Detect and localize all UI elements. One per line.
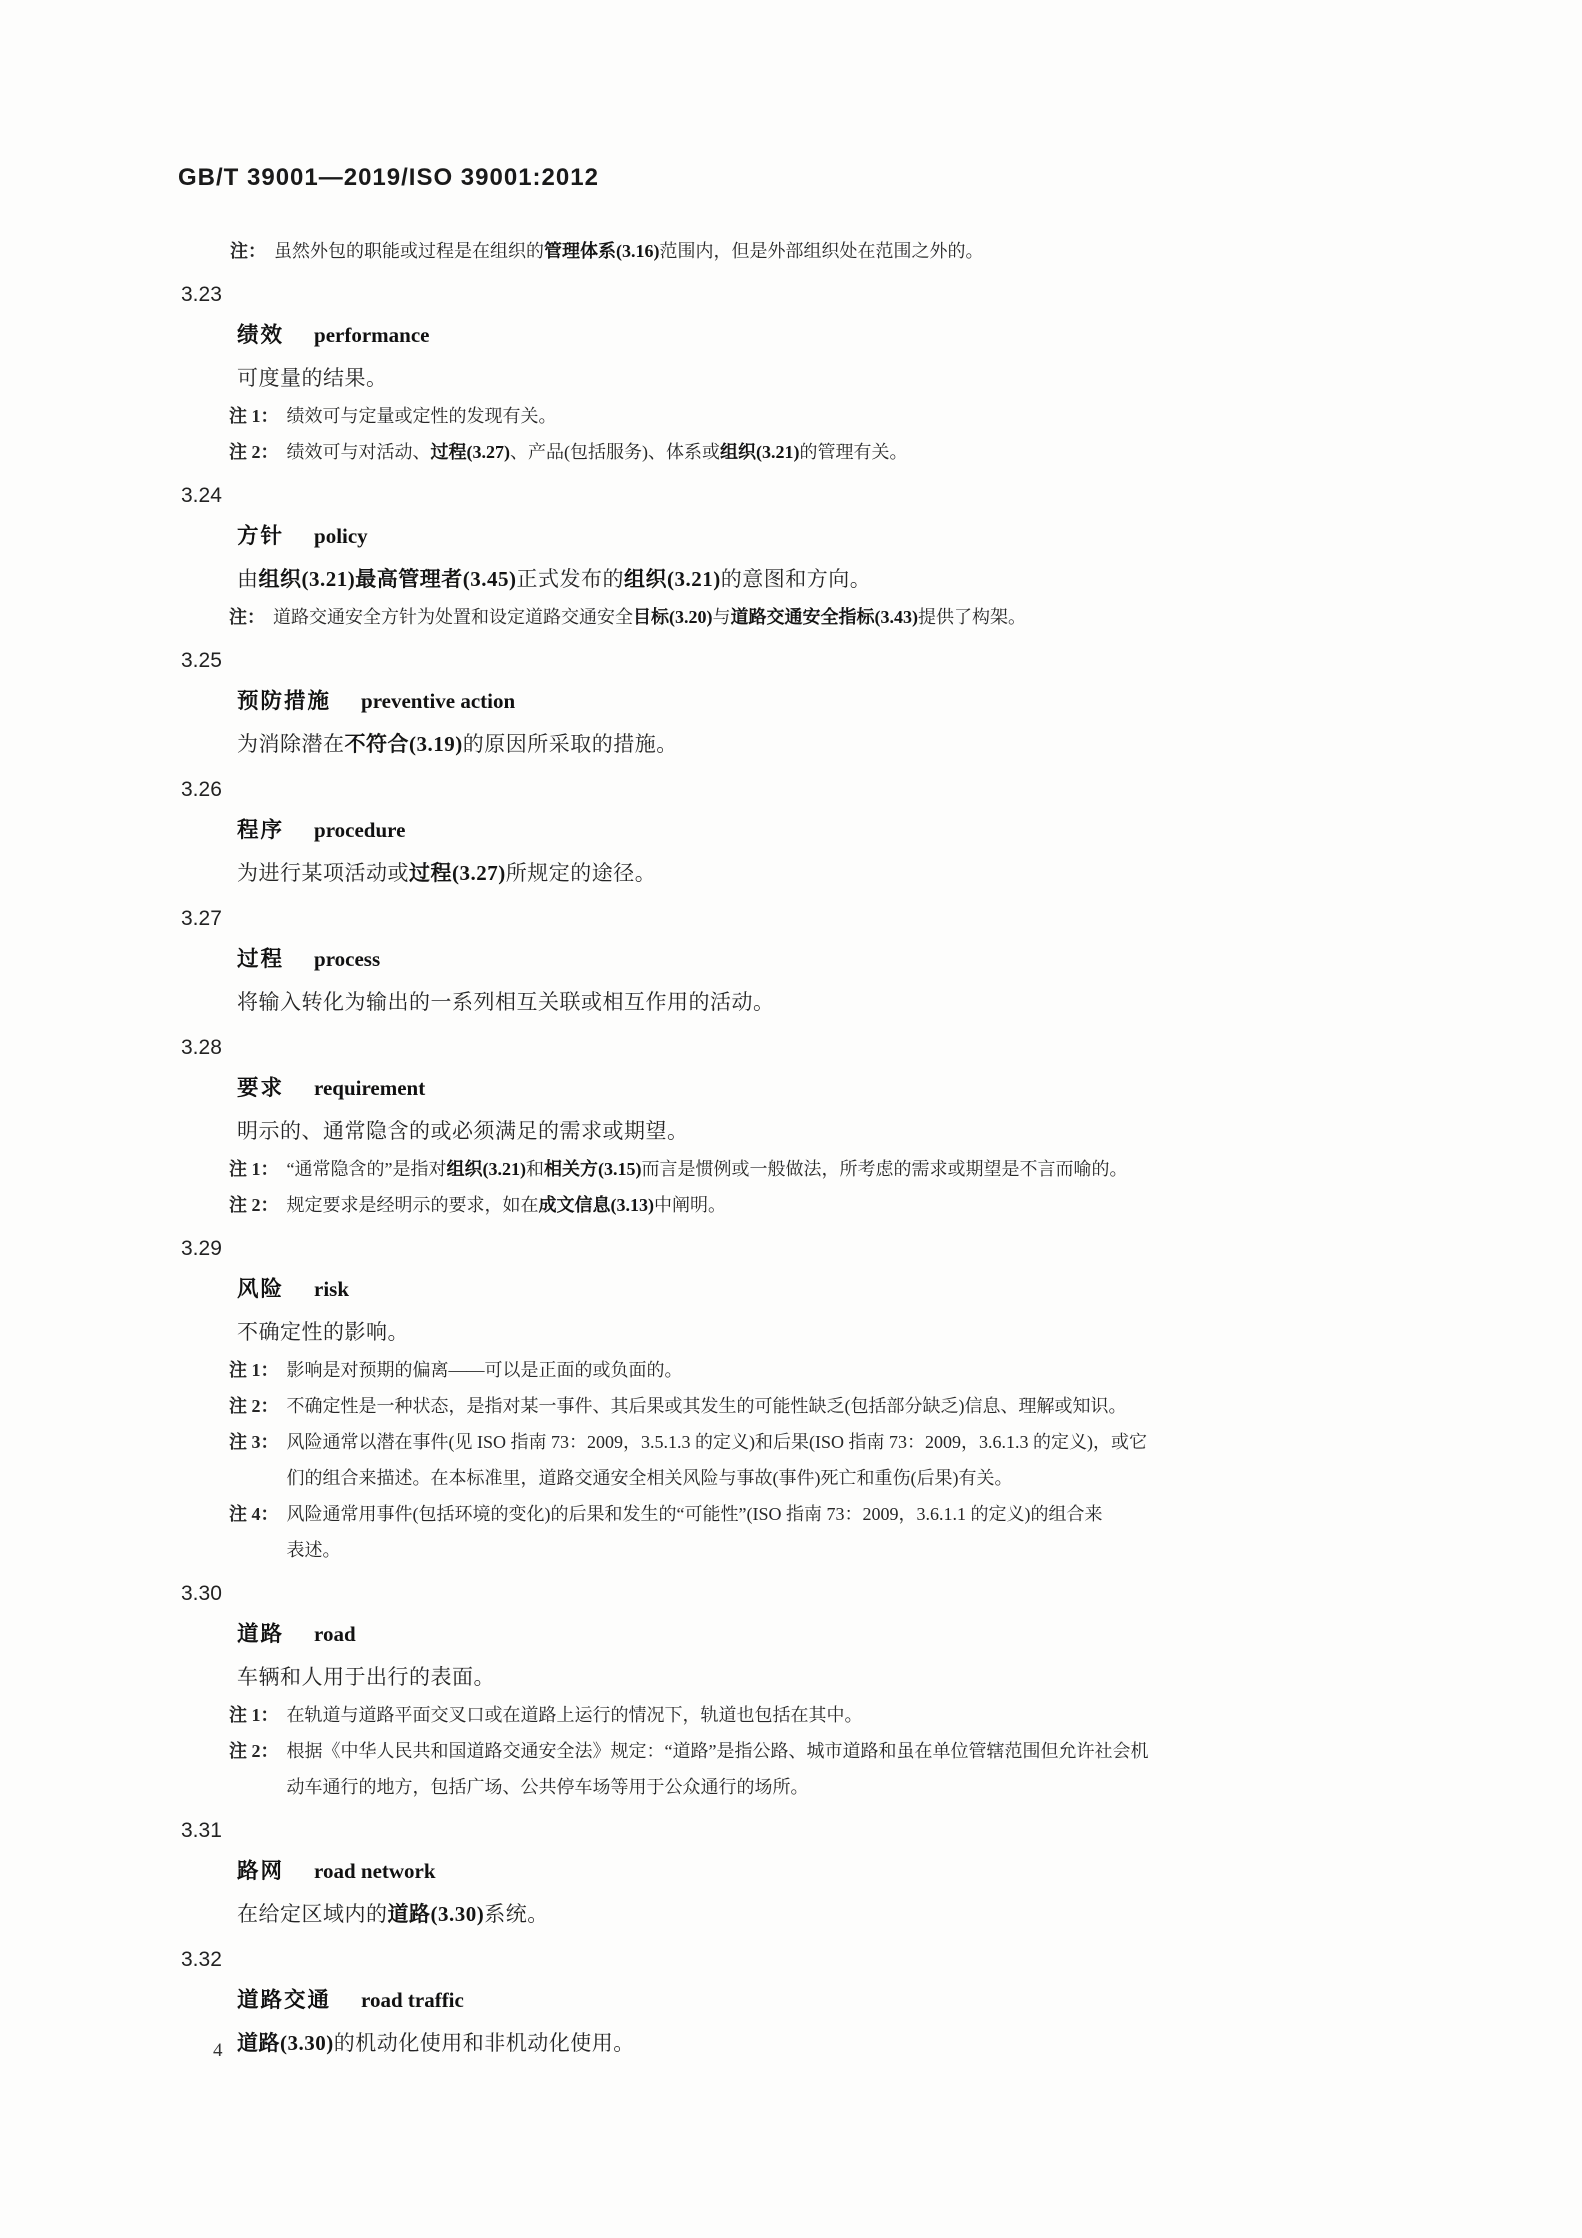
section-number: 3.26	[181, 770, 1511, 810]
terms-and-definitions-list: 3.23 绩效 performance 可度量的结果。 注 1： 绩效可与定量或…	[181, 275, 1511, 2063]
term-chinese: 方针	[237, 524, 284, 548]
term-definition: 车辆和人用于出行的表面。	[237, 1657, 1511, 1697]
note-text: 风险通常用事件(包括环境的变化)的后果和发生的“可能性”(ISO 指南 73：2…	[287, 1496, 1512, 1568]
term-note: 注 1： “通常隐含的”是指对组织(3.21)和相关方(3.15)而言是惯例或一…	[229, 1151, 1511, 1187]
term-note: 注 1： 影响是对预期的偏离——可以是正面的或负面的。	[229, 1352, 1511, 1388]
section-number: 3.23	[181, 275, 1511, 315]
term-section: 3.30 道路 road 车辆和人用于出行的表面。 注 1： 在轨道与道路平面交…	[181, 1574, 1511, 1805]
note-label: 注 1：	[229, 1697, 279, 1733]
standard-number-header: GB/T 39001—2019/ISO 39001:2012	[178, 164, 599, 192]
page-number: 4	[213, 2040, 223, 2062]
section-number: 3.32	[181, 1940, 1511, 1980]
term-note: 注： 道路交通安全方针为处置和设定道路交通安全目标(3.20)与道路交通安全指标…	[229, 599, 1511, 635]
bold-term: 过程(3.27)	[409, 861, 506, 885]
note-label: 注 2：	[229, 434, 279, 470]
term-section: 3.26 程序 procedure 为进行某项活动或过程(3.27)所规定的途径…	[181, 770, 1511, 893]
section-number: 3.25	[181, 641, 1511, 681]
text-run: 明示的、通常隐含的或必须满足的需求或期望。	[237, 1119, 689, 1143]
term-english: performance	[314, 323, 429, 347]
term-line: 过程 process	[237, 939, 1511, 982]
note-label: 注：	[230, 233, 266, 269]
term-english: procedure	[314, 818, 405, 842]
text-run: 系统。	[484, 1902, 549, 1926]
term-section: 3.31 路网 road network 在给定区域内的道路(3.30)系统。	[181, 1811, 1511, 1934]
term-definition: 不确定性的影响。	[237, 1312, 1511, 1352]
text-run: 不确定性是一种状态，是指对某一事件、其后果或其发生的可能性缺乏(包括部分缺乏)信…	[287, 1396, 1127, 1416]
note-label: 注 4：	[229, 1496, 279, 1532]
term-section: 3.32 道路交通 road traffic 道路(3.30)的机动化使用和非机…	[181, 1940, 1511, 2063]
term-english: requirement	[314, 1076, 425, 1100]
term-section: 3.27 过程 process 将输入转化为输出的一系列相互关联或相互作用的活动…	[181, 899, 1511, 1022]
term-note: 注 3： 风险通常以潜在事件(见 ISO 指南 73：2009，3.5.1.3 …	[229, 1424, 1511, 1496]
text-run: “通常隐含的”是指对	[287, 1159, 447, 1179]
text-run: 将输入转化为输出的一系列相互关联或相互作用的活动。	[237, 990, 775, 1014]
page-content: 注： 虽然外包的职能或过程是在组织的管理体系(3.16)范围内，但是外部组织处在…	[181, 233, 1511, 2063]
term-line: 预防措施 preventive action	[237, 681, 1511, 724]
term-chinese: 绩效	[237, 323, 284, 347]
term-definition: 为进行某项活动或过程(3.27)所规定的途径。	[237, 853, 1511, 893]
text-run: 风险通常以潜在事件(见 ISO 指南 73：2009，3.5.1.3 的定义)和…	[287, 1432, 1147, 1488]
text-run: 可度量的结果。	[237, 366, 388, 390]
term-english: road network	[314, 1859, 436, 1883]
term-line: 风险 risk	[237, 1269, 1511, 1312]
term-english: road traffic	[361, 1988, 464, 2012]
text-run: 的机动化使用和非机动化使用。	[334, 2031, 635, 2055]
note-text: 根据《中华人民共和国道路交通安全法》规定：“道路”是指公路、城市道路和虽在单位管…	[287, 1733, 1512, 1805]
text-run: 影响是对预期的偏离——可以是正面的或负面的。	[287, 1360, 683, 1380]
text-run: 由	[237, 567, 259, 591]
text-run: 为消除潜在	[237, 732, 345, 756]
note-text: 绩效可与定量或定性的发现有关。	[287, 398, 1512, 434]
section-number: 3.29	[181, 1229, 1511, 1269]
term-note: 注 2： 不确定性是一种状态，是指对某一事件、其后果或其发生的可能性缺乏(包括部…	[229, 1388, 1511, 1424]
term-chinese: 道路	[237, 1622, 284, 1646]
note-label: 注 1：	[229, 1352, 279, 1388]
note-label: 注 3：	[229, 1424, 279, 1460]
term-definition: 由组织(3.21)最高管理者(3.45)正式发布的组织(3.21)的意图和方向。	[237, 559, 1511, 599]
text-run: 所规定的途径。	[506, 861, 657, 885]
text-run: 和	[526, 1159, 544, 1179]
note-text: 道路交通安全方针为处置和设定道路交通安全目标(3.20)与道路交通安全指标(3.…	[273, 599, 1511, 635]
term-english: road	[314, 1622, 356, 1646]
text-run: 规定要求是经明示的要求，如在	[287, 1195, 539, 1215]
bold-term: 组织(3.21)最高管理者(3.45)	[259, 567, 517, 591]
note-label: 注 2：	[229, 1187, 279, 1223]
note-label: 注：	[229, 599, 265, 635]
term-english: process	[314, 947, 380, 971]
bold-term: 成文信息(3.13)	[539, 1195, 655, 1215]
text-run: 的管理有关。	[800, 442, 908, 462]
bold-term: 道路(3.30)	[388, 1902, 485, 1926]
text-run: 根据《中华人民共和国道路交通安全法》规定：“道路”是指公路、城市道路和虽在单位管…	[287, 1741, 1149, 1797]
bold-term: 管理体系(3.16)	[544, 241, 660, 261]
term-chinese: 程序	[237, 818, 284, 842]
note-text: “通常隐含的”是指对组织(3.21)和相关方(3.15)而言是惯例或一般做法，所…	[287, 1151, 1512, 1187]
term-definition: 明示的、通常隐含的或必须满足的需求或期望。	[237, 1111, 1511, 1151]
term-note: 注 2： 绩效可与对活动、过程(3.27)、产品(包括服务)、体系或组织(3.2…	[229, 434, 1511, 470]
note-text: 虽然外包的职能或过程是在组织的管理体系(3.16)范围内，但是外部组织处在范围之…	[274, 233, 1511, 269]
term-line: 要求 requirement	[237, 1068, 1511, 1111]
text-run: 与	[713, 607, 731, 627]
text-run: 绩效可与对活动、	[287, 442, 431, 462]
text-run: 虽然外包的职能或过程是在组织的	[274, 241, 544, 261]
term-section: 3.28 要求 requirement 明示的、通常隐含的或必须满足的需求或期望…	[181, 1028, 1511, 1223]
note-text: 影响是对预期的偏离——可以是正面的或负面的。	[287, 1352, 1512, 1388]
text-run: 在给定区域内的	[237, 1902, 388, 1926]
term-chinese: 要求	[237, 1076, 284, 1100]
term-chinese: 过程	[237, 947, 284, 971]
text-run: 绩效可与定量或定性的发现有关。	[287, 406, 557, 426]
term-note: 注 4： 风险通常用事件(包括环境的变化)的后果和发生的“可能性”(ISO 指南…	[229, 1496, 1511, 1568]
term-chinese: 路网	[237, 1859, 284, 1883]
text-run: 为进行某项活动或	[237, 861, 409, 885]
bold-term: 组织(3.21)	[446, 1159, 526, 1179]
term-definition: 可度量的结果。	[237, 358, 1511, 398]
text-run: 的意图和方向。	[721, 567, 872, 591]
text-run: 的原因所采取的措施。	[463, 732, 678, 756]
term-definition: 为消除潜在不符合(3.19)的原因所采取的措施。	[237, 724, 1511, 764]
term-section: 3.25 预防措施 preventive action 为消除潜在不符合(3.1…	[181, 641, 1511, 764]
term-notes: 注 1： 影响是对预期的偏离——可以是正面的或负面的。 注 2： 不确定性是一种…	[229, 1352, 1511, 1568]
term-english: risk	[314, 1277, 349, 1301]
note-label: 注 2：	[229, 1733, 279, 1769]
section-number: 3.30	[181, 1574, 1511, 1614]
term-english: policy	[314, 524, 368, 548]
note-text: 在轨道与道路平面交叉口或在道路上运行的情况下，轨道也包括在其中。	[287, 1697, 1512, 1733]
note-label: 注 2：	[229, 1388, 279, 1424]
term-line: 绩效 performance	[237, 315, 1511, 358]
term-section: 3.23 绩效 performance 可度量的结果。 注 1： 绩效可与定量或…	[181, 275, 1511, 470]
section-number: 3.31	[181, 1811, 1511, 1851]
term-notes: 注 1： 绩效可与定量或定性的发现有关。 注 2： 绩效可与对活动、过程(3.2…	[229, 398, 1511, 470]
bold-term: 相关方(3.15)	[544, 1159, 642, 1179]
term-chinese: 道路交通	[237, 1988, 331, 2012]
term-notes: 注 1： “通常隐含的”是指对组织(3.21)和相关方(3.15)而言是惯例或一…	[229, 1151, 1511, 1223]
term-line: 方针 policy	[237, 516, 1511, 559]
note-label: 注 1：	[229, 1151, 279, 1187]
term-section: 3.24 方针 policy 由组织(3.21)最高管理者(3.45)正式发布的…	[181, 476, 1511, 635]
text-run: 范围内，但是外部组织处在范围之外的。	[660, 241, 984, 261]
term-notes: 注： 道路交通安全方针为处置和设定道路交通安全目标(3.20)与道路交通安全指标…	[229, 599, 1511, 635]
bold-term: 目标(3.20)	[633, 607, 713, 627]
text-run: 车辆和人用于出行的表面。	[237, 1665, 495, 1689]
term-note: 注 2： 规定要求是经明示的要求，如在成文信息(3.13)中阐明。	[229, 1187, 1511, 1223]
section-number: 3.27	[181, 899, 1511, 939]
text-run: 道路交通安全方针为处置和设定道路交通安全	[273, 607, 633, 627]
document-page: GB/T 39001—2019/ISO 39001:2012 注： 虽然外包的职…	[0, 0, 1582, 2238]
term-notes: 注 1： 在轨道与道路平面交叉口或在道路上运行的情况下，轨道也包括在其中。 注 …	[229, 1697, 1511, 1805]
term-chinese: 预防措施	[237, 689, 331, 713]
text-run: 提供了构架。	[918, 607, 1026, 627]
note-text: 规定要求是经明示的要求，如在成文信息(3.13)中阐明。	[287, 1187, 1512, 1223]
term-definition: 在给定区域内的道路(3.30)系统。	[237, 1894, 1511, 1934]
bold-term: 组织(3.21)	[624, 567, 721, 591]
bold-term: 组织(3.21)	[720, 442, 800, 462]
term-line: 路网 road network	[237, 1851, 1511, 1894]
term-definition: 将输入转化为输出的一系列相互关联或相互作用的活动。	[237, 982, 1511, 1022]
text-run: 在轨道与道路平面交叉口或在道路上运行的情况下，轨道也包括在其中。	[287, 1705, 863, 1725]
bold-term: 不符合(3.19)	[345, 732, 463, 756]
note-text: 不确定性是一种状态，是指对某一事件、其后果或其发生的可能性缺乏(包括部分缺乏)信…	[287, 1388, 1512, 1424]
section-number: 3.24	[181, 476, 1511, 516]
bold-term: 道路(3.30)	[237, 2031, 334, 2055]
term-line: 程序 procedure	[237, 810, 1511, 853]
term-section: 3.29 风险 risk 不确定性的影响。 注 1： 影响是对预期的偏离——可以…	[181, 1229, 1511, 1568]
term-note: 注 1： 在轨道与道路平面交叉口或在道路上运行的情况下，轨道也包括在其中。	[229, 1697, 1511, 1733]
text-run: 不确定性的影响。	[237, 1320, 409, 1344]
term-line: 道路交通 road traffic	[237, 1980, 1511, 2023]
bold-term: 过程(3.27)	[431, 442, 511, 462]
intro-note: 注： 虽然外包的职能或过程是在组织的管理体系(3.16)范围内，但是外部组织处在…	[230, 233, 1511, 269]
note-text: 绩效可与对活动、过程(3.27)、产品(包括服务)、体系或组织(3.21)的管理…	[287, 434, 1512, 470]
bold-term: 道路交通安全指标(3.43)	[731, 607, 919, 627]
term-note: 注 1： 绩效可与定量或定性的发现有关。	[229, 398, 1511, 434]
text-run: 中阐明。	[654, 1195, 726, 1215]
term-line: 道路 road	[237, 1614, 1511, 1657]
term-chinese: 风险	[237, 1277, 284, 1301]
text-run: 、产品(包括服务)、体系或	[510, 442, 720, 462]
term-definition: 道路(3.30)的机动化使用和非机动化使用。	[237, 2023, 1511, 2063]
note-label: 注 1：	[229, 398, 279, 434]
text-run: 正式发布的	[516, 567, 624, 591]
note-text: 风险通常以潜在事件(见 ISO 指南 73：2009，3.5.1.3 的定义)和…	[287, 1424, 1512, 1496]
section-number: 3.28	[181, 1028, 1511, 1068]
term-note: 注 2： 根据《中华人民共和国道路交通安全法》规定：“道路”是指公路、城市道路和…	[229, 1733, 1511, 1805]
term-english: preventive action	[361, 689, 515, 713]
text-run: 风险通常用事件(包括环境的变化)的后果和发生的“可能性”(ISO 指南 73：2…	[287, 1504, 1103, 1560]
text-run: 而言是惯例或一般做法，所考虑的需求或期望是不言而喻的。	[641, 1159, 1127, 1179]
